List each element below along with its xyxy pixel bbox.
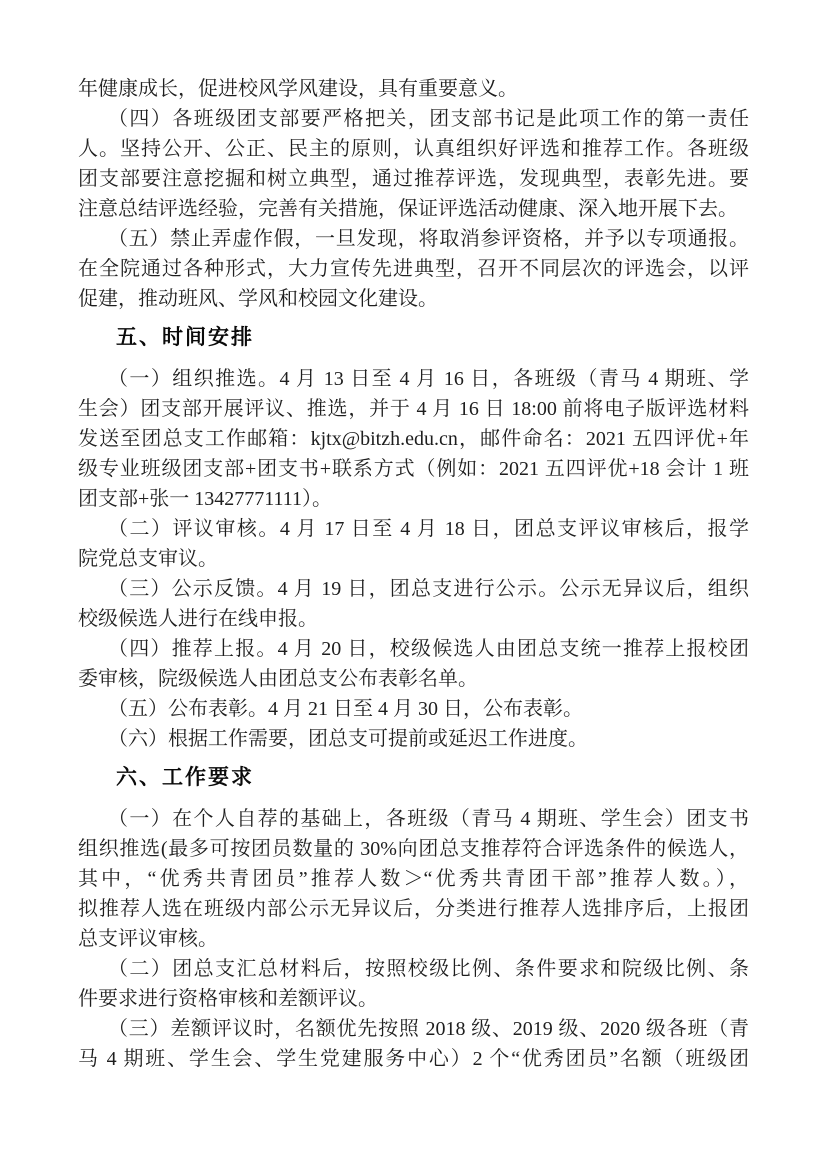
text-line: （六）根据工作需要，团总支可提前或延迟工作进度。 <box>78 724 749 754</box>
text-line: （一）组织推选。4 月 13 日至 4 月 16 日，各班级（青马 4 期班、学 <box>78 364 749 394</box>
document-page: 年健康成长，促进校风学风建设，具有重要意义。 （四）各班级团支部要严格把关，团支… <box>0 0 827 1169</box>
text-line: 团支部要注意挖掘和树立典型，通过推荐评选，发现典型，表彰先进。要 <box>78 164 749 194</box>
section-heading-time-schedule: 五、时间安排 <box>78 323 749 353</box>
text-line: （五）禁止弄虚作假，一旦发现，将取消参评资格，并予以专项通报。 <box>78 224 749 254</box>
text-line: 人。坚持公开、公正、民主的原则，认真组织好评选和推荐工作。各班级 <box>78 134 749 164</box>
text-line: 件要求进行资格审核和差额评议。 <box>78 984 749 1014</box>
text-line: （四）各班级团支部要严格把关，团支部书记是此项工作的第一责任 <box>78 104 749 134</box>
text-line: 其中，“优秀共青团员”推荐人数＞“优秀共青团干部”推荐人数。）， <box>78 864 749 894</box>
text-line: 院党总支审议。 <box>78 544 749 574</box>
text-line: 年健康成长，促进校风学风建设，具有重要意义。 <box>78 74 749 104</box>
text-line: 促建，推动班风、学风和校园文化建设。 <box>78 284 749 314</box>
text-line: 生会）团支部开展评议、推选，并于 4 月 16 日 18:00 前将电子版评选材… <box>78 394 749 424</box>
text-line: 校级候选人进行在线申报。 <box>78 604 749 634</box>
text-line-email: 发送至团总支工作邮箱：kjtx@bitzh.edu.cn，邮件命名：2021 五… <box>78 424 749 454</box>
text-line: （一）在个人自荐的基础上，各班级（青马 4 期班、学生会）团支书 <box>78 804 749 834</box>
text-line: （四）推荐上报。4 月 20 日，校级候选人由团总支统一推荐上报校团 <box>78 634 749 664</box>
text-line: 委审核，院级候选人由团总支公布表彰名单。 <box>78 664 749 694</box>
text-line: 马 4 期班、学生会、学生党建服务中心）2 个“优秀团员”名额（班级团 <box>78 1044 749 1074</box>
text-line: 级专业班级团支部+团支书+联系方式（例如：2021 五四评优+18 会计 1 班 <box>78 454 749 484</box>
text-line: 注意总结评选经验，完善有关措施，保证评选活动健康、深入地开展下去。 <box>78 194 749 224</box>
text-line: 总支评议审核。 <box>78 924 749 954</box>
text-line: （二）团总支汇总材料后，按照校级比例、条件要求和院级比例、条 <box>78 954 749 984</box>
text-line: （二）评议审核。4 月 17 日至 4 月 18 日，团总支评议审核后，报学 <box>78 514 749 544</box>
text-line: 拟推荐人选在班级内部公示无异议后，分类进行推荐人选排序后，上报团 <box>78 894 749 924</box>
text-line: （五）公布表彰。4 月 21 日至 4 月 30 日，公布表彰。 <box>78 694 749 724</box>
text-line: 组织推选(最多可按团员数量的 30%向团总支推荐符合评选条件的候选人， <box>78 834 749 864</box>
text-line: 团支部+张一 13427771111）。 <box>78 484 749 514</box>
text-line: 在全院通过各种形式，大力宣传先进典型，召开不同层次的评选会，以评 <box>78 254 749 284</box>
text-line: （三）差额评议时，名额优先按照 2018 级、2019 级、2020 级各班（青 <box>78 1014 749 1044</box>
text-line: （三）公示反馈。4 月 19 日，团总支进行公示。公示无异议后，组织 <box>78 574 749 604</box>
section-heading-work-requirements: 六、工作要求 <box>78 763 749 793</box>
